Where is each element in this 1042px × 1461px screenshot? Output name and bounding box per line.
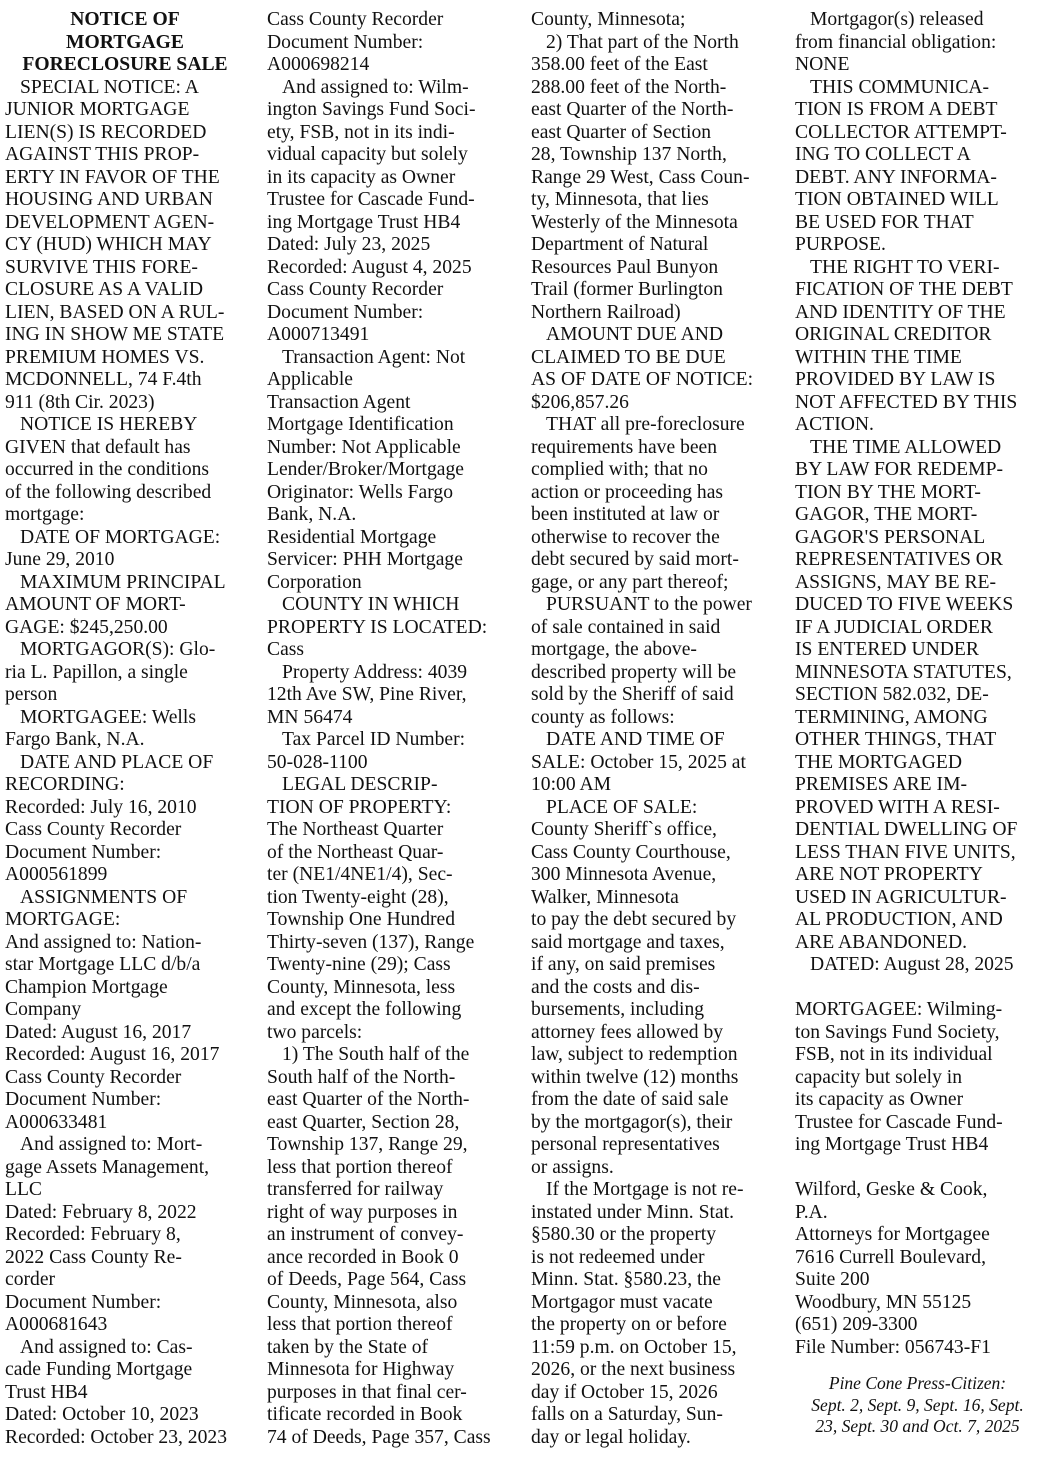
text-line: if any, on said premises bbox=[531, 954, 786, 977]
text-line: SPECIAL NOTICE: A bbox=[5, 77, 255, 100]
text-line: 11:59 p.m. on October 15, bbox=[531, 1337, 786, 1360]
text-line: The Northeast Quarter bbox=[267, 819, 522, 842]
text-line: Range 29 West, Cass Coun- bbox=[531, 167, 786, 190]
text-line: PREMISES ARE IM- bbox=[795, 774, 1040, 797]
text-line: 2026, or the next business bbox=[531, 1359, 786, 1382]
text-line: sold by the Sheriff of said bbox=[531, 684, 786, 707]
text-line: said mortgage and taxes, bbox=[531, 932, 786, 955]
text-line: Dated: October 10, 2023 bbox=[5, 1404, 255, 1427]
text-line: LEGAL DESCRIP- bbox=[267, 774, 522, 797]
text-line: of Deeds, Page 564, Cass bbox=[267, 1269, 522, 1292]
text-line: from the date of said sale bbox=[531, 1089, 786, 1112]
text-line: COLLECTOR ATTEMPT- bbox=[795, 122, 1040, 145]
text-line: LESS THAN FIVE UNITS, bbox=[795, 842, 1040, 865]
text-line: corder bbox=[5, 1269, 255, 1292]
text-line: mortgage, the above- bbox=[531, 639, 786, 662]
text-line: Westerly of the Minnesota bbox=[531, 212, 786, 235]
text-line: ria L. Papillon, a single bbox=[5, 662, 255, 685]
text-line: Dated: February 8, 2022 bbox=[5, 1202, 255, 1225]
text-line: ASSIGNS, MAY BE RE- bbox=[795, 572, 1040, 595]
text-line: been instituted at law or bbox=[531, 504, 786, 527]
text-line: Cass County Recorder bbox=[5, 819, 255, 842]
text-line: MORTGAGOR(S): Glo- bbox=[5, 639, 255, 662]
text-line: cade Funding Mortgage bbox=[5, 1359, 255, 1382]
text-line: LIEN, BASED ON A RUL- bbox=[5, 302, 255, 325]
text-line: Recorded: August 4, 2025 bbox=[267, 257, 522, 280]
text-line: 1) The South half of the bbox=[267, 1044, 522, 1067]
text-line: WITHIN THE TIME bbox=[795, 347, 1040, 370]
text-line: Bank, N.A. bbox=[267, 504, 522, 527]
text-line: ton Savings Fund Society, bbox=[795, 1022, 1040, 1045]
text-line: 358.00 feet of the East bbox=[531, 54, 786, 77]
text-line: Mortgagor must vacate bbox=[531, 1292, 786, 1315]
text-line: mortgage: bbox=[5, 504, 255, 527]
text-line: CY (HUD) WHICH MAY bbox=[5, 234, 255, 257]
text-line: or assigns. bbox=[531, 1157, 786, 1180]
text-line: Thirty-seven (137), Range bbox=[267, 932, 522, 955]
text-line: A000681643 bbox=[5, 1314, 255, 1337]
text-line: of sale contained in said bbox=[531, 617, 786, 640]
text-line: described property will be bbox=[531, 662, 786, 685]
text-line: otherwise to recover the bbox=[531, 527, 786, 550]
text-line: AND IDENTITY OF THE bbox=[795, 302, 1040, 325]
text-line: ACTION. bbox=[795, 414, 1040, 437]
text-line: Document Number: bbox=[267, 32, 522, 55]
text-line: Trail (former Burlington bbox=[531, 279, 786, 302]
text-line: from financial obligation: bbox=[795, 32, 1040, 55]
text-line: SALE: October 15, 2025 at bbox=[531, 752, 786, 775]
text-line: County, Minnesota, also bbox=[267, 1292, 522, 1315]
text-line: Residential Mortgage bbox=[267, 527, 522, 550]
text-line: ARE NOT PROPERTY bbox=[795, 864, 1040, 887]
text-line: Champion Mortgage bbox=[5, 977, 255, 1000]
text-line: AS OF DATE OF NOTICE: bbox=[531, 369, 786, 392]
text-line: ington Savings Fund Soci- bbox=[267, 99, 522, 122]
text-line: ASSIGNMENTS OF bbox=[5, 887, 255, 910]
text-line: PURPOSE. bbox=[795, 234, 1040, 257]
text-line: tion Twenty-eight (28), bbox=[267, 887, 522, 910]
text-line: DATE AND TIME OF bbox=[531, 729, 786, 752]
text-line: TERMINING, AMONG bbox=[795, 707, 1040, 730]
text-line: ORIGINAL CREDITOR bbox=[795, 324, 1040, 347]
text-line: MORTGAGEE: Wells bbox=[5, 707, 255, 730]
text-line: MORTGAGEE: Wilming- bbox=[795, 999, 1040, 1022]
text-line: Wilford, Geske & Cook, bbox=[795, 1179, 1040, 1202]
notice-column-2: Cass County RecorderDocument Number:A000… bbox=[267, 9, 522, 1449]
text-line: 2) That part of the North bbox=[531, 32, 786, 55]
text-line: NOT AFFECTED BY THIS bbox=[795, 392, 1040, 415]
text-line: its capacity as Owner bbox=[795, 1089, 1040, 1112]
text-line: South half of the North- bbox=[267, 1067, 522, 1090]
text-line: taken by the State of bbox=[267, 1337, 522, 1360]
text-line: is not redeemed under bbox=[531, 1247, 786, 1270]
text-line: bursements, including bbox=[531, 999, 786, 1022]
text-line: Mortgagor(s) released bbox=[795, 9, 1040, 32]
text-line: ING IN SHOW ME STATE bbox=[5, 324, 255, 347]
text-line: Originator: Wells Fargo bbox=[267, 482, 522, 505]
text-line: LLC bbox=[5, 1179, 255, 1202]
text-line: Trustee for Cascade Fund- bbox=[795, 1112, 1040, 1135]
text-line: 2022 Cass County Re- bbox=[5, 1247, 255, 1270]
text-line: And assigned to: Mort- bbox=[5, 1134, 255, 1157]
text-line: 288.00 feet of the North- bbox=[531, 77, 786, 100]
text-line: less that portion thereof bbox=[267, 1314, 522, 1337]
text-line: GIVEN that default has bbox=[5, 437, 255, 460]
text-line: Recorded: July 16, 2010 bbox=[5, 797, 255, 820]
text-line: DATE AND PLACE OF bbox=[5, 752, 255, 775]
text-line: in its capacity as Owner bbox=[267, 167, 522, 190]
text-line: complied with; that no bbox=[531, 459, 786, 482]
text-line: Transaction Agent: Not bbox=[267, 347, 522, 370]
text-line: BE USED FOR THAT bbox=[795, 212, 1040, 235]
text-line: Walker, Minnesota bbox=[531, 887, 786, 910]
text-line: 12th Ave SW, Pine River, bbox=[267, 684, 522, 707]
text-line: DEVELOPMENT AGEN- bbox=[5, 212, 255, 235]
text-line: A000561899 bbox=[5, 864, 255, 887]
column-body: SPECIAL NOTICE: AJUNIOR MORTGAGELIEN(S) … bbox=[5, 77, 255, 1450]
text-line: ing Mortgage Trust HB4 bbox=[267, 212, 522, 235]
text-line: AL PRODUCTION, AND bbox=[795, 909, 1040, 932]
text-line: 10:00 AM bbox=[531, 774, 786, 797]
text-line: star Mortgage LLC d/b/a bbox=[5, 954, 255, 977]
text-line: Cass County Recorder bbox=[267, 9, 522, 32]
text-line: Department of Natural bbox=[531, 234, 786, 257]
text-line: GAGE: $245,250.00 bbox=[5, 617, 255, 640]
text-line: Cass bbox=[267, 639, 522, 662]
text-line: the property on or before bbox=[531, 1314, 786, 1337]
text-line: THAT all pre-foreclosure bbox=[531, 414, 786, 437]
notice-column-1: NOTICE OF MORTGAGE FORECLOSURE SALE SPEC… bbox=[5, 9, 255, 1449]
text-line: Applicable bbox=[267, 369, 522, 392]
text-line: Resources Paul Bunyon bbox=[531, 257, 786, 280]
publication-credit-line: 23, Sept. 30 and Oct. 7, 2025 bbox=[795, 1416, 1040, 1438]
text-line: GAGOR'S PERSONAL bbox=[795, 527, 1040, 550]
text-line: gage Assets Management, bbox=[5, 1157, 255, 1180]
text-line: TION OBTAINED WILL bbox=[795, 189, 1040, 212]
text-line: IS ENTERED UNDER bbox=[795, 639, 1040, 662]
blank-line bbox=[795, 977, 1040, 1000]
text-line: capacity but solely in bbox=[795, 1067, 1040, 1090]
text-line: of the following described bbox=[5, 482, 255, 505]
text-line: PLACE OF SALE: bbox=[531, 797, 786, 820]
text-line: FICATION OF THE DEBT bbox=[795, 279, 1040, 302]
text-line: 74 of Deeds, Page 357, Cass bbox=[267, 1427, 522, 1450]
text-line: Cass County Recorder bbox=[267, 279, 522, 302]
text-line: MAXIMUM PRINCIPAL bbox=[5, 572, 255, 595]
text-line: SECTION 582.032, DE- bbox=[795, 684, 1040, 707]
text-line: County, Minnesota; bbox=[531, 9, 786, 32]
text-line: Tax Parcel ID Number: bbox=[267, 729, 522, 752]
text-line: ARE ABANDONED. bbox=[795, 932, 1040, 955]
text-line: personal representatives bbox=[531, 1134, 786, 1157]
text-line: §580.30 or the property bbox=[531, 1224, 786, 1247]
text-line: Twenty-nine (29); Cass bbox=[267, 954, 522, 977]
text-line: an instrument of convey- bbox=[267, 1224, 522, 1247]
text-line: less that portion thereof bbox=[267, 1157, 522, 1180]
text-line: OTHER THINGS, THAT bbox=[795, 729, 1040, 752]
text-line: And assigned to: Nation- bbox=[5, 932, 255, 955]
text-line: Township One Hundred bbox=[267, 909, 522, 932]
text-line: MINNESOTA STATUTES, bbox=[795, 662, 1040, 685]
text-line: DUCED TO FIVE WEEKS bbox=[795, 594, 1040, 617]
text-line: $206,857.26 bbox=[531, 392, 786, 415]
text-line: County, Minnesota, less bbox=[267, 977, 522, 1000]
text-line: PROPERTY IS LOCATED: bbox=[267, 617, 522, 640]
text-line: CLAIMED TO BE DUE bbox=[531, 347, 786, 370]
text-line: Fargo Bank, N.A. bbox=[5, 729, 255, 752]
text-line: day if October 15, 2026 bbox=[531, 1382, 786, 1405]
text-line: GAGOR, THE MORT- bbox=[795, 504, 1040, 527]
text-line: Dated: July 23, 2025 bbox=[267, 234, 522, 257]
text-line: law, subject to redemption bbox=[531, 1044, 786, 1067]
text-line: USED IN AGRICULTUR- bbox=[795, 887, 1040, 910]
text-line: A000713491 bbox=[267, 324, 522, 347]
text-line: Northern Railroad) bbox=[531, 302, 786, 325]
publication-credit-line: Pine Cone Press-Citizen: bbox=[795, 1373, 1040, 1395]
text-line: Trust HB4 bbox=[5, 1382, 255, 1405]
spacer bbox=[795, 1359, 1040, 1373]
text-line: AMOUNT DUE AND bbox=[531, 324, 786, 347]
text-line: ty, Minnesota, that lies bbox=[531, 189, 786, 212]
text-line: Trustee for Cascade Fund- bbox=[267, 189, 522, 212]
text-line: Recorded: October 23, 2023 bbox=[5, 1427, 255, 1450]
text-line: TION OF PROPERTY: bbox=[267, 797, 522, 820]
text-line: tificate recorded in Book bbox=[267, 1404, 522, 1427]
text-line: Corporation bbox=[267, 572, 522, 595]
text-line: two parcels: bbox=[267, 1022, 522, 1045]
text-line: THE TIME ALLOWED bbox=[795, 437, 1040, 460]
text-line: Document Number: bbox=[5, 1089, 255, 1112]
text-line: Township 137, Range 29, bbox=[267, 1134, 522, 1157]
text-line: ety, FSB, not in its indi- bbox=[267, 122, 522, 145]
text-line: Document Number: bbox=[5, 1292, 255, 1315]
text-line: REPRESENTATIVES OR bbox=[795, 549, 1040, 572]
text-line: Cass County Recorder bbox=[5, 1067, 255, 1090]
text-line: east Quarter of the North- bbox=[531, 99, 786, 122]
text-line: transferred for railway bbox=[267, 1179, 522, 1202]
text-line: Servicer: PHH Mortgage bbox=[267, 549, 522, 572]
text-line: Mortgage Identification bbox=[267, 414, 522, 437]
publication-credit-line: Sept. 2, Sept. 9, Sept. 16, Sept. bbox=[795, 1395, 1040, 1417]
notice-headline: NOTICE OF MORTGAGE FORECLOSURE SALE bbox=[5, 9, 255, 77]
text-line: County Sheriff`s office, bbox=[531, 819, 786, 842]
text-line: Number: Not Applicable bbox=[267, 437, 522, 460]
text-line: And assigned to: Wilm- bbox=[267, 77, 522, 100]
text-line: MCDONNELL, 74 F.4th bbox=[5, 369, 255, 392]
text-line: day or legal holiday. bbox=[531, 1427, 786, 1450]
text-line: Company bbox=[5, 999, 255, 1022]
text-line: ter (NE1/4NE1/4), Sec- bbox=[267, 864, 522, 887]
text-line: DATED: August 28, 2025 bbox=[795, 954, 1040, 977]
text-line: east Quarter of the North- bbox=[267, 1089, 522, 1112]
text-line: Recorded: August 16, 2017 bbox=[5, 1044, 255, 1067]
text-line: and the costs and dis- bbox=[531, 977, 786, 1000]
text-line: TION BY THE MORT- bbox=[795, 482, 1040, 505]
headline-line: FORECLOSURE SALE bbox=[5, 54, 245, 77]
text-line: occurred in the conditions bbox=[5, 459, 255, 482]
text-line: county as follows: bbox=[531, 707, 786, 730]
text-line: requirements have been bbox=[531, 437, 786, 460]
text-line: Recorded: February 8, bbox=[5, 1224, 255, 1247]
text-line: A000633481 bbox=[5, 1112, 255, 1135]
text-line: Woodbury, MN 55125 bbox=[795, 1292, 1040, 1315]
text-line: JUNIOR MORTGAGE bbox=[5, 99, 255, 122]
blank-line bbox=[795, 1157, 1040, 1180]
text-line: PREMIUM HOMES VS. bbox=[5, 347, 255, 370]
text-line: Attorneys for Mortgagee bbox=[795, 1224, 1040, 1247]
legal-notice-page: NOTICE OF MORTGAGE FORECLOSURE SALE SPEC… bbox=[0, 0, 1042, 1461]
text-line: PROVIDED BY LAW IS bbox=[795, 369, 1040, 392]
text-line: DENTIAL DWELLING OF bbox=[795, 819, 1040, 842]
text-line: MORTGAGE: bbox=[5, 909, 255, 932]
text-line: LIEN(S) IS RECORDED bbox=[5, 122, 255, 145]
text-line: right of way purposes in bbox=[267, 1202, 522, 1225]
text-line: THE MORTGAGED bbox=[795, 752, 1040, 775]
text-line: Document Number: bbox=[5, 842, 255, 865]
text-line: Transaction Agent bbox=[267, 392, 522, 415]
headline-line: MORTGAGE bbox=[5, 32, 245, 55]
text-line: purposes in that final cer- bbox=[267, 1382, 522, 1405]
text-line: And assigned to: Cas- bbox=[5, 1337, 255, 1360]
text-line: 300 Minnesota Avenue, bbox=[531, 864, 786, 887]
text-line: If the Mortgage is not re- bbox=[531, 1179, 786, 1202]
text-line: MN 56474 bbox=[267, 707, 522, 730]
text-line: PURSUANT to the power bbox=[531, 594, 786, 617]
column-body: Mortgagor(s) releasedfrom financial obli… bbox=[795, 9, 1040, 1359]
text-line: within twelve (12) months bbox=[531, 1067, 786, 1090]
text-line: FSB, not in its individual bbox=[795, 1044, 1040, 1067]
text-line: NOTICE IS HEREBY bbox=[5, 414, 255, 437]
text-line: Cass County Courthouse, bbox=[531, 842, 786, 865]
text-line: person bbox=[5, 684, 255, 707]
text-line: THE RIGHT TO VERI- bbox=[795, 257, 1040, 280]
text-line: by the mortgagor(s), their bbox=[531, 1112, 786, 1135]
text-line: Property Address: 4039 bbox=[267, 662, 522, 685]
publication-credit: Pine Cone Press-Citizen: Sept. 2, Sept. … bbox=[795, 1373, 1040, 1438]
column-body: Cass County RecorderDocument Number:A000… bbox=[267, 9, 522, 1449]
text-line: IF A JUDICIAL ORDER bbox=[795, 617, 1040, 640]
text-line: RECORDING: bbox=[5, 774, 255, 797]
text-line: east Quarter of Section bbox=[531, 122, 786, 145]
text-line: ING TO COLLECT A bbox=[795, 144, 1040, 167]
text-line: TION IS FROM A DEBT bbox=[795, 99, 1040, 122]
text-line: P.A. bbox=[795, 1202, 1040, 1225]
text-line: instated under Minn. Stat. bbox=[531, 1202, 786, 1225]
text-line: HOUSING AND URBAN bbox=[5, 189, 255, 212]
text-line: A000698214 bbox=[267, 54, 522, 77]
text-line: to pay the debt secured by bbox=[531, 909, 786, 932]
text-line: (651) 209-3300 bbox=[795, 1314, 1040, 1337]
text-line: ing Mortgage Trust HB4 bbox=[795, 1134, 1040, 1157]
text-line: ance recorded in Book 0 bbox=[267, 1247, 522, 1270]
text-line: attorney fees allowed by bbox=[531, 1022, 786, 1045]
text-line: 50-028-1100 bbox=[267, 752, 522, 775]
text-line: Suite 200 bbox=[795, 1269, 1040, 1292]
text-line: 7616 Currell Boulevard, bbox=[795, 1247, 1040, 1270]
text-line: THIS COMMUNICA- bbox=[795, 77, 1040, 100]
text-line: Minnesota for Highway bbox=[267, 1359, 522, 1382]
text-line: of the Northeast Quar- bbox=[267, 842, 522, 865]
text-line: 911 (8th Cir. 2023) bbox=[5, 392, 255, 415]
headline-line: NOTICE OF bbox=[5, 9, 245, 32]
text-line: CLOSURE AS A VALID bbox=[5, 279, 255, 302]
text-line: SURVIVE THIS FORE- bbox=[5, 257, 255, 280]
text-line: gage, or any part thereof; bbox=[531, 572, 786, 595]
text-line: falls on a Saturday, Sun- bbox=[531, 1404, 786, 1427]
text-line: Document Number: bbox=[267, 302, 522, 325]
text-line: east Quarter, Section 28, bbox=[267, 1112, 522, 1135]
text-line: debt secured by said mort- bbox=[531, 549, 786, 572]
text-line: and except the following bbox=[267, 999, 522, 1022]
text-line: COUNTY IN WHICH bbox=[267, 594, 522, 617]
notice-column-4: Mortgagor(s) releasedfrom financial obli… bbox=[795, 9, 1040, 1438]
text-line: 28, Township 137 North, bbox=[531, 144, 786, 167]
text-line: PROVED WITH A RESI- bbox=[795, 797, 1040, 820]
text-line: ERTY IN FAVOR OF THE bbox=[5, 167, 255, 190]
text-line: June 29, 2010 bbox=[5, 549, 255, 572]
text-line: DATE OF MORTGAGE: bbox=[5, 527, 255, 550]
text-line: Minn. Stat. §580.23, the bbox=[531, 1269, 786, 1292]
text-line: AGAINST THIS PROP- bbox=[5, 144, 255, 167]
text-line: Lender/Broker/Mortgage bbox=[267, 459, 522, 482]
text-line: BY LAW FOR REDEMP- bbox=[795, 459, 1040, 482]
column-body: County, Minnesota;2) That part of the No… bbox=[531, 9, 786, 1449]
text-line: DEBT. ANY INFORMA- bbox=[795, 167, 1040, 190]
text-line: File Number: 056743-F1 bbox=[795, 1337, 1040, 1360]
text-line: vidual capacity but solely bbox=[267, 144, 522, 167]
text-line: AMOUNT OF MORT- bbox=[5, 594, 255, 617]
text-line: action or proceeding has bbox=[531, 482, 786, 505]
text-line: NONE bbox=[795, 54, 1040, 77]
text-line: Dated: August 16, 2017 bbox=[5, 1022, 255, 1045]
notice-column-3: County, Minnesota;2) That part of the No… bbox=[531, 9, 786, 1449]
